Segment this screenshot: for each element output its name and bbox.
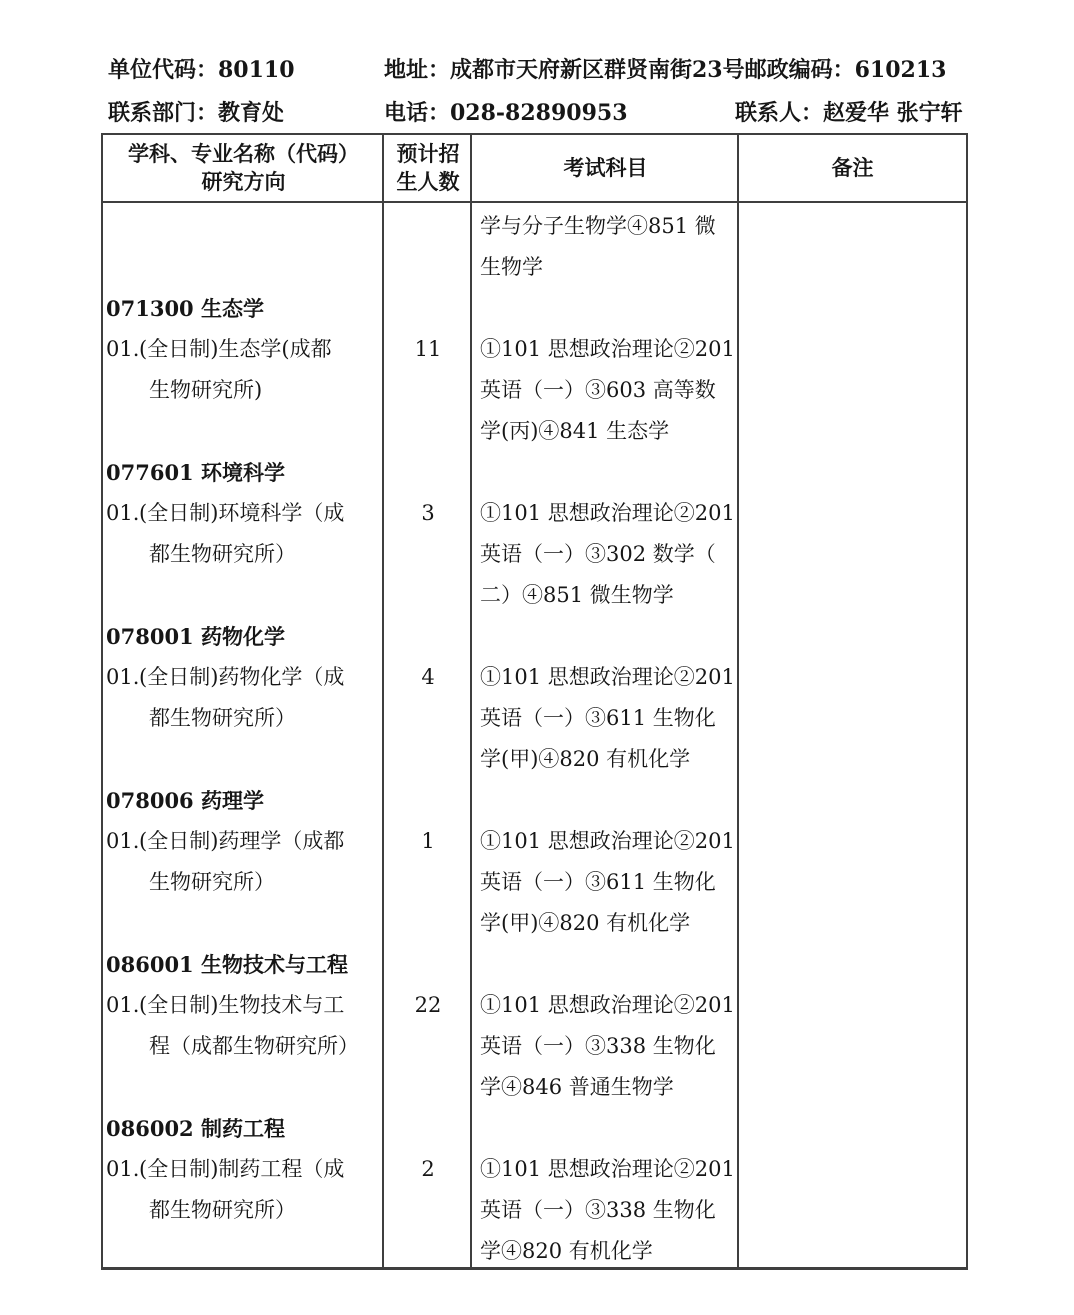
table-row: 01.(全日制)药理学（成都 1 ①101 思想政治理论②201 [103,821,966,862]
cell-remark [739,1149,966,1190]
cell-remark [739,698,966,739]
cell-program: 都生物研究所） [103,1190,384,1231]
cell-program: 都生物研究所） [103,534,384,575]
cell-subjects [472,1108,739,1149]
cell-remark [739,1231,966,1267]
cell-subjects [472,288,739,329]
cell-program [103,247,384,288]
cell-subjects: ①101 思想政治理论②201 [472,985,739,1026]
cell-subjects: 英语（一）③611 生物化 [472,862,739,903]
cell-quota: 11 [384,329,472,370]
cell-subjects: 生物学 [472,247,739,288]
table-row: 都生物研究所） 英语（一）③302 数学（ [103,534,966,575]
table-row: 都生物研究所） 英语（一）③611 生物化 [103,698,966,739]
cell-subjects [472,452,739,493]
table-row: 生物学 [103,247,966,288]
cell-subjects: 英语（一）③302 数学（ [472,534,739,575]
cell-program [103,903,384,944]
cell-remark [739,534,966,575]
program-text: 生物研究所) [149,378,262,402]
table-row: 生物研究所） 英语（一）③611 生物化 [103,862,966,903]
cell-quota [384,944,472,985]
contact-person-text: 联系人：赵爱华 张宁轩 [735,100,963,126]
program-text: (全日制)环境科学（成 [139,501,344,525]
cell-quota [384,206,472,247]
cell-program: 077601 环境科学 [103,452,384,493]
table-row: 学(甲)④820 有机化学 [103,739,966,780]
table-row: 077601 环境科学 [103,452,966,493]
cell-subjects: 学(甲)④820 有机化学 [472,903,739,944]
cell-program: 生物研究所) [103,370,384,411]
cell-program: 078006 药理学 [103,780,384,821]
table-row: 01.(全日制)环境科学（成 3 ①101 思想政治理论②201 [103,493,966,534]
column-header-quota-line2: 生人数 [397,168,460,196]
cell-quota: 22 [384,985,472,1026]
cell-program: 01.(全日制)药物化学（成 [103,657,384,698]
cell-quota [384,1026,472,1067]
cell-subjects: 英语（一）③338 生物化 [472,1190,739,1231]
cell-subjects: 二）④851 微生物学 [472,575,739,616]
table-header-row: 学科、专业名称（代码） 研究方向 预计招 生人数 考试科目 备注 [103,135,966,203]
cell-quota [384,1108,472,1149]
entry-number: 01. [106,1149,139,1190]
cell-program: 生物研究所） [103,862,384,903]
cell-quota [384,534,472,575]
program-text: 078001 药物化学 [106,624,285,649]
cell-subjects: 英语（一）③603 高等数 [472,370,739,411]
table-row: 086001 生物技术与工程 [103,944,966,985]
program-text: (全日制)制药工程（成 [139,1157,344,1181]
column-divider-1 [382,135,384,1267]
cell-subjects: ①101 思想政治理论②201 [472,1149,739,1190]
table-row: 078001 药物化学 [103,616,966,657]
program-text: 都生物研究所） [149,1198,296,1222]
cell-quota [384,862,472,903]
cell-program [103,575,384,616]
column-header-program-line2: 研究方向 [202,168,286,196]
table-row: 学(丙)④841 生态学 [103,411,966,452]
cell-program: 都生物研究所） [103,698,384,739]
cell-remark [739,1067,966,1108]
cell-remark [739,616,966,657]
table-row: 学与分子生物学④851 微 [103,206,966,247]
entry-number: 01. [106,657,139,698]
column-header-quota: 预计招 生人数 [384,135,472,201]
table-row: 生物研究所) 英语（一）③603 高等数 [103,370,966,411]
table-row: 01.(全日制)药物化学（成 4 ①101 思想政治理论②201 [103,657,966,698]
cell-remark [739,903,966,944]
cell-subjects: 学与分子生物学④851 微 [472,206,739,247]
cell-remark [739,944,966,985]
cell-quota [384,1190,472,1231]
cell-remark [739,452,966,493]
cell-quota [384,616,472,657]
cell-program: 01.(全日制)生物技术与工 [103,985,384,1026]
cell-subjects [472,616,739,657]
program-text: (全日制)药理学（成都 [139,829,344,853]
cell-remark [739,575,966,616]
program-text: 都生物研究所） [149,542,296,566]
table-row: 程（成都生物研究所） 英语（一）③338 生物化 [103,1026,966,1067]
cell-remark [739,329,966,370]
column-header-quota-line1: 预计招 [397,140,460,168]
cell-quota [384,780,472,821]
program-text: 086001 生物技术与工程 [106,952,348,977]
cell-subjects: 学④846 普通生物学 [472,1067,739,1108]
cell-quota: 3 [384,493,472,534]
cell-subjects: ①101 思想政治理论②201 [472,821,739,862]
cell-program [103,739,384,780]
program-text: 077601 环境科学 [106,460,285,485]
program-text: 生物研究所） [149,870,275,894]
program-text: 086002 制药工程 [106,1116,285,1141]
cell-remark [739,821,966,862]
cell-program: 086001 生物技术与工程 [103,944,384,985]
cell-quota [384,575,472,616]
cell-remark [739,1108,966,1149]
table-inner: 学科、专业名称（代码） 研究方向 预计招 生人数 考试科目 备注 学与分子生物学… [103,135,966,1267]
cell-remark [739,739,966,780]
cell-quota [384,698,472,739]
cell-remark [739,1190,966,1231]
cell-program: 01.(全日制)生态学(成都 [103,329,384,370]
cell-remark [739,288,966,329]
table-row: 01.(全日制)制药工程（成 2 ①101 思想政治理论②201 [103,1149,966,1190]
column-header-remark: 备注 [739,135,966,201]
table-row: 学(甲)④820 有机化学 [103,903,966,944]
cell-program: 01.(全日制)药理学（成都 [103,821,384,862]
table-row: 二）④851 微生物学 [103,575,966,616]
table-row: 学④820 有机化学 [103,1231,966,1267]
cell-subjects: ①101 思想政治理论②201 [472,657,739,698]
cell-remark [739,411,966,452]
cell-remark [739,985,966,1026]
table-row: 01.(全日制)生物技术与工 22 ①101 思想政治理论②201 [103,985,966,1026]
phone-text: 电话：028-82890953 [384,100,628,126]
document-page: 单位代码：80110 地址：成都市天府新区群贤南街23号邮政编码：610213 … [0,0,1074,1315]
cell-quota: 1 [384,821,472,862]
cell-quota [384,288,472,329]
cell-program [103,1231,384,1267]
cell-quota: 4 [384,657,472,698]
column-header-subjects: 考试科目 [472,135,739,201]
program-text: 078006 药理学 [106,788,264,813]
column-divider-2 [470,135,472,1267]
entry-number: 01. [106,329,139,370]
cell-subjects: 学(丙)④841 生态学 [472,411,739,452]
cell-program: 程（成都生物研究所） [103,1026,384,1067]
cell-quota: 2 [384,1149,472,1190]
program-text: 都生物研究所） [149,706,296,730]
cell-remark [739,1026,966,1067]
column-divider-3 [737,135,739,1267]
cell-quota [384,411,472,452]
program-text: 071300 生态学 [106,296,264,321]
cell-remark [739,862,966,903]
cell-program [103,206,384,247]
unit-code-text: 单位代码：80110 [108,57,295,83]
program-text: (全日制)药物化学（成 [139,665,344,689]
cell-program: 01.(全日制)制药工程（成 [103,1149,384,1190]
cell-quota [384,247,472,288]
cell-subjects: 学(甲)④820 有机化学 [472,739,739,780]
table-row: 086002 制药工程 [103,1108,966,1149]
cell-subjects [472,944,739,985]
entry-number: 01. [106,493,139,534]
table-row: 学④846 普通生物学 [103,1067,966,1108]
table-row: 01.(全日制)生态学(成都 11 ①101 思想政治理论②201 [103,329,966,370]
column-header-program: 学科、专业名称（代码） 研究方向 [103,135,384,201]
program-text: 程（成都生物研究所） [149,1034,359,1058]
table-row: 071300 生态学 [103,288,966,329]
cell-quota [384,739,472,780]
cell-remark [739,657,966,698]
cell-program: 01.(全日制)环境科学（成 [103,493,384,534]
cell-remark [739,247,966,288]
table-row: 078006 药理学 [103,780,966,821]
cell-quota [384,452,472,493]
cell-subjects: 学④820 有机化学 [472,1231,739,1267]
cell-program: 086002 制药工程 [103,1108,384,1149]
cell-program: 078001 药物化学 [103,616,384,657]
cell-quota [384,370,472,411]
table-body-lines: 学与分子生物学④851 微 生物学 071300 生态学 01.(全日制)生态学… [103,203,966,1267]
entry-number: 01. [106,985,139,1026]
program-text: (全日制)生态学(成都 [139,337,332,361]
program-text: (全日制)生物技术与工 [139,993,344,1017]
entry-number: 01. [106,821,139,862]
cell-quota [384,1231,472,1267]
cell-remark [739,370,966,411]
contact-dept-text: 联系部门：教育处 [108,100,284,126]
cell-subjects: ①101 思想政治理论②201 [472,329,739,370]
cell-subjects [472,780,739,821]
cell-quota [384,903,472,944]
admissions-table: 学科、专业名称（代码） 研究方向 预计招 生人数 考试科目 备注 学与分子生物学… [101,133,968,1270]
cell-remark [739,780,966,821]
column-header-program-line1: 学科、专业名称（代码） [128,140,359,168]
cell-program: 071300 生态学 [103,288,384,329]
address-text: 地址：成都市天府新区群贤南街23号邮政编码：610213 [384,57,946,83]
cell-remark [739,493,966,534]
cell-remark [739,206,966,247]
cell-subjects: 英语（一）③611 生物化 [472,698,739,739]
table-row: 都生物研究所） 英语（一）③338 生物化 [103,1190,966,1231]
cell-program [103,411,384,452]
cell-subjects: 英语（一）③338 生物化 [472,1026,739,1067]
cell-quota [384,1067,472,1108]
cell-subjects: ①101 思想政治理论②201 [472,493,739,534]
cell-program [103,1067,384,1108]
